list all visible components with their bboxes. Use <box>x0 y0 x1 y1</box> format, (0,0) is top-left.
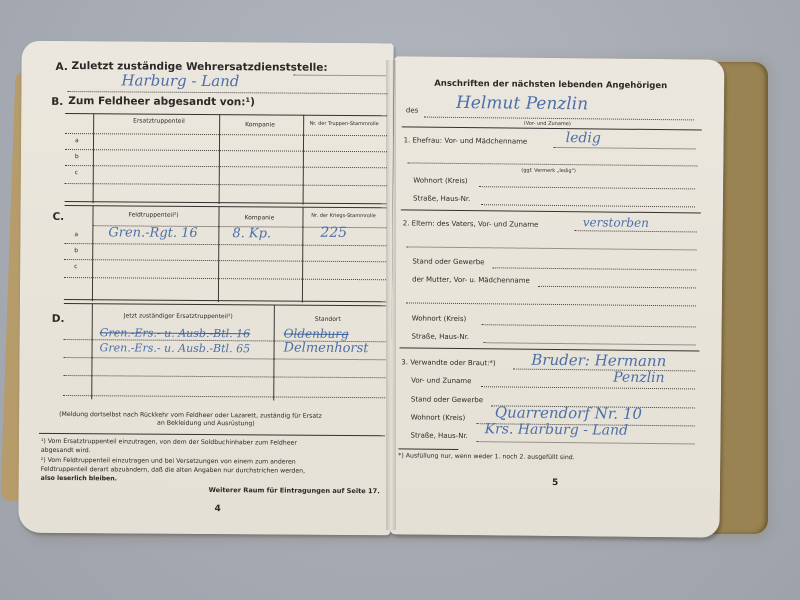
section-c-col-company: Kompanie <box>244 214 274 221</box>
right-page-number: 5 <box>552 478 558 488</box>
section-1-wohnort-label: Wohnort (Kreis) <box>413 176 468 185</box>
footnote-2-line1: ²) Vom Feldtruppenteil einzutragen und b… <box>41 457 296 466</box>
section-3-name-label: Vor- und Zuname <box>411 376 471 385</box>
section-2-stand-label: Stand oder Gewerbe <box>412 257 484 266</box>
section-b-row-b: b <box>75 153 79 160</box>
section-3-stand-label: Stand oder Gewerbe <box>411 395 483 404</box>
footnote-1-line1: ¹) Vom Ersatztruppenteil einzutragen, vo… <box>41 438 297 447</box>
booklet-gutter <box>386 60 396 530</box>
section-b-col-number: Nr. der Truppen-Stammrolle <box>309 121 379 127</box>
section-d-note-line2: an Bekleidung und Ausrüstung) <box>157 420 255 428</box>
section-3-name-value: Penzlin <box>613 370 665 387</box>
section-1-strasse-label: Straße, Haus-Nr. <box>413 194 470 203</box>
right-footnote: *) Ausfüllung nur, wenn weder 1. noch 2.… <box>398 452 574 461</box>
footnote-2-line3: also leserlich bleiben. <box>41 475 117 483</box>
left-page: A. Zuletzt zuständige Wehrersatzdienstst… <box>18 41 393 536</box>
section-1-caption: (ggf. Vermerk „ledig") <box>521 168 576 175</box>
section-c-row-a-number: 225 <box>320 225 347 241</box>
section-b-label: Zum Feldheer abgesandt von:¹) <box>68 95 255 108</box>
section-c-row-c: c <box>74 263 77 270</box>
section-d-row-1-location: Oldenburg <box>284 327 349 341</box>
section-b-col-company: Kompanie <box>245 121 275 128</box>
section-d-row-2-location: Delmenhorst <box>284 341 369 357</box>
section-1-value: ledig <box>566 130 601 146</box>
section-2-value: verstorben <box>583 215 649 230</box>
section-d-letter: D. <box>52 313 65 325</box>
section-c-row-a-unit: Gren.-Rgt. 16 <box>108 225 197 241</box>
des-label: des <box>406 106 418 114</box>
right-page-title: Anschriften der nächsten lebenden Angehö… <box>434 79 667 91</box>
section-a-letter: A. <box>55 61 67 73</box>
section-2-strasse-label: Straße, Haus-Nr. <box>412 332 469 341</box>
left-page-number: 4 <box>214 504 220 514</box>
section-c-col-number: Nr. der Kriegs-Stammrolle <box>308 213 378 219</box>
footnote-1-line2: abgesandt wird. <box>41 447 91 454</box>
section-3-label: 3. Verwandte oder Braut:*) <box>401 358 495 367</box>
section-3-strasse-label: Straße, Haus-Nr. <box>411 431 468 440</box>
section-b-letter: B. <box>51 96 63 108</box>
section-c-row-b: b <box>74 247 78 254</box>
continued-note: Weiterer Raum für Eintragungen auf Seite… <box>209 486 380 495</box>
section-d-row-2-unit: Gren.-Ers.- u. Ausb.-Btl. 65 <box>100 341 251 355</box>
footnote-2-line2: Feldtruppenteil derart abzuändern, daß d… <box>41 466 305 475</box>
section-3-wohnort-label: Wohnort (Kreis) <box>411 413 466 422</box>
section-b-row-a: a <box>75 137 79 144</box>
des-value: Helmut Penzlin <box>456 93 588 114</box>
right-page: Anschriften der nächsten lebenden Angehö… <box>390 56 725 537</box>
section-3-strasse-value: Krs. Harburg - Land <box>485 421 629 439</box>
section-1-label: 1. Ehefrau: Vor- und Mädchenname <box>404 136 528 145</box>
section-c-col-unit: Feldtruppenteil²) <box>128 211 178 218</box>
section-3-value: Bruder: Hermann <box>531 351 666 370</box>
section-d-col-location: Standort <box>315 316 341 323</box>
section-c-letter: C. <box>52 211 64 223</box>
section-2-label: 2. Eltern: des Vaters, Vor- und Zuname <box>403 219 539 228</box>
section-2-mutter-label: der Mutter, Vor- u. Mädchenname <box>412 275 530 284</box>
section-2-wohnort-label: Wohnort (Kreis) <box>412 314 467 323</box>
section-3-wohnort-value: Quarrendorf Nr. 10 <box>495 403 642 423</box>
des-caption: (Vor- und Zuname) <box>524 121 571 127</box>
section-d-col-unit: Jetzt zuständiger Ersatztruppenteil²) <box>124 312 233 320</box>
section-c-row-a-company: 8. Kp. <box>232 226 271 241</box>
section-b-col-unit: Ersatztruppenteil <box>133 117 185 124</box>
section-d-note-line1: (Meldung dortselbst nach Rückkehr vom Fe… <box>59 411 322 420</box>
section-a-value: Harburg - Land <box>121 71 239 90</box>
section-b-row-c: c <box>75 169 78 176</box>
section-c-row-a: a <box>74 231 78 238</box>
section-d-row-1-unit: Gren.-Ers.- u. Ausb.-Btl. 16 <box>100 326 251 340</box>
